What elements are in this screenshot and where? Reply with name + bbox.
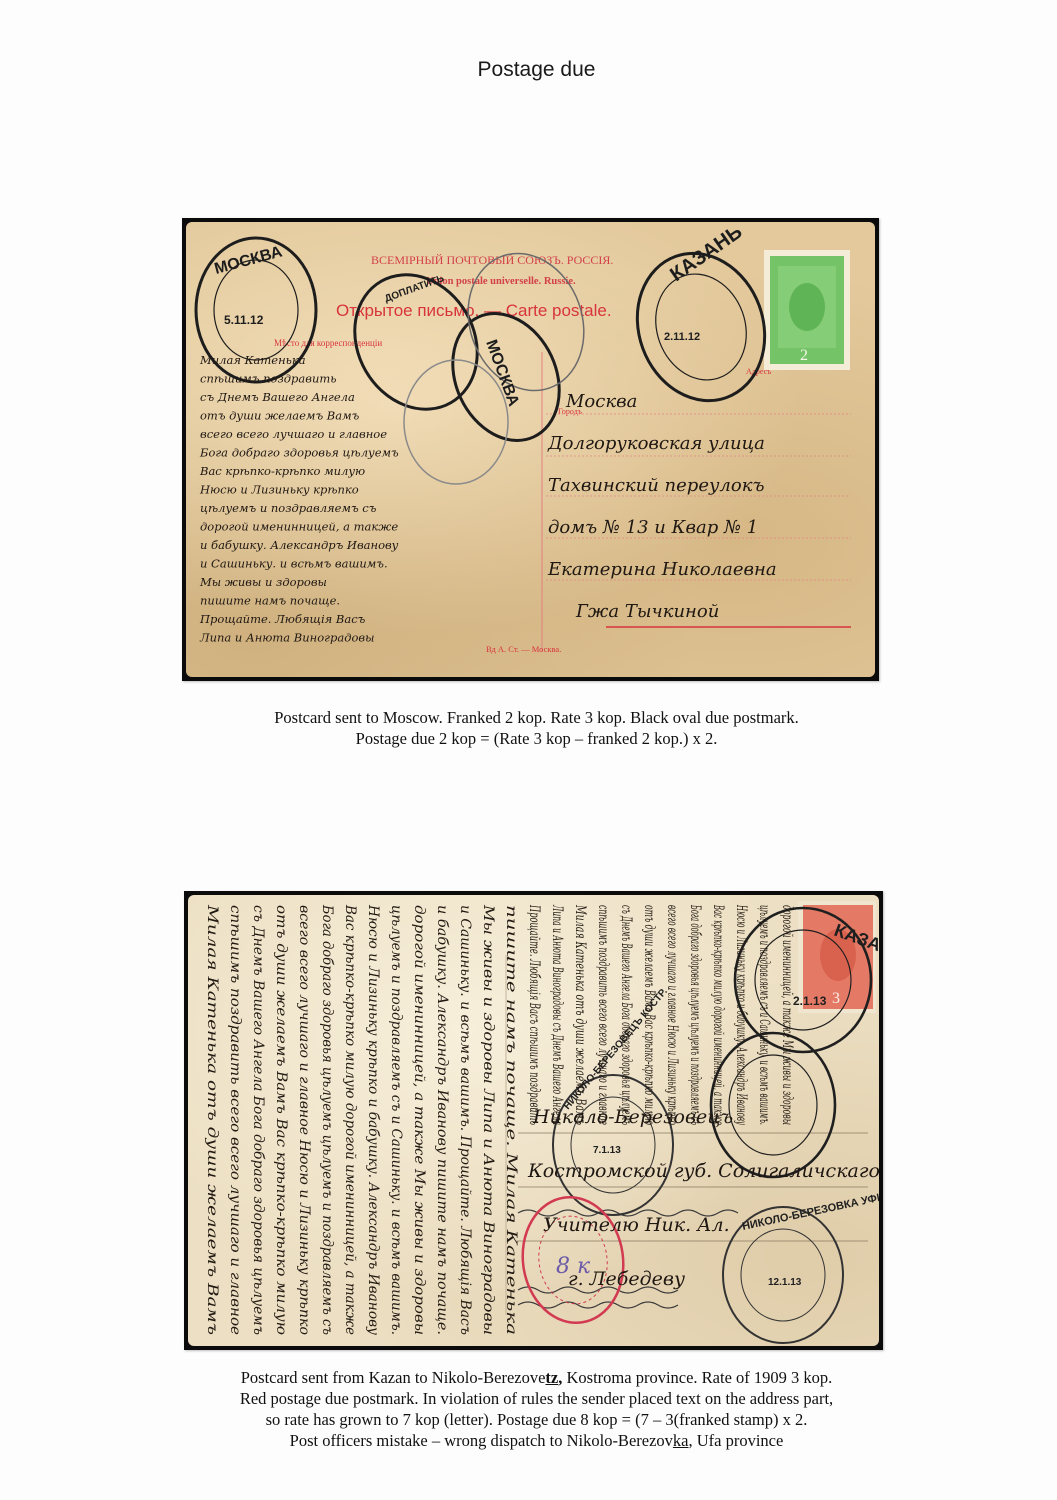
svg-text:Екатерина Николаевна: Екатерина Николаевна <box>547 559 777 580</box>
svg-text:съ Днемъ Вашего Ангела: съ Днемъ Вашего Ангела <box>200 390 355 404</box>
svg-text:Вас крѣпко-крѣпко милую: Вас крѣпко-крѣпко милую <box>199 464 365 478</box>
svg-text:Долгоруковская улица: Долгоруковская улица <box>547 433 765 454</box>
svg-text:2: 2 <box>800 347 808 364</box>
svg-text:отъ души желаемъ Вамъ Вас крѣп: отъ души желаемъ Вамъ Вас крѣпко-крѣпко … <box>641 905 657 1125</box>
caption-line: so rate has grown to 7 kop (letter). Pos… <box>0 1409 1057 1430</box>
svg-text:Милая Катенька: Милая Катенька <box>199 353 306 367</box>
svg-text:всего всего лучшаго и главное: всего всего лучшаго и главное Нюсю и Лиз… <box>296 905 312 1335</box>
svg-text:Нюсю и Лизиньку крѣпко и бабуш: Нюсю и Лизиньку крѣпко и бабушку. Алекса… <box>365 904 381 1336</box>
svg-text:5.11.12: 5.11.12 <box>224 313 264 327</box>
svg-text:Бога добраго здоровья цѣлуемъ: Бога добраго здоровья цѣлуемъ цѣлуемъ и … <box>319 904 335 1335</box>
publisher-imprint: Вд А. Ст. — Москва. <box>486 644 561 654</box>
caption-postcard-2: Postcard sent from Kazan to Nikolo-Berez… <box>0 1367 1057 1451</box>
svg-text:Учителю Ник. Ал.: Учителю Ник. Ал. <box>543 1214 730 1236</box>
svg-text:Мы живы и здоровы: Мы живы и здоровы <box>199 575 327 589</box>
postcard-title: Открытое письмо. — Carte postale. <box>336 301 612 320</box>
handwritten-message: Милая Катенькаспѣшимъ поздравитьсъ Днемъ… <box>199 353 399 645</box>
svg-text:и Сашиньку. и всѣмъ вашимъ. Пр: и Сашиньку. и всѣмъ вашимъ. Прощайте. Лю… <box>457 905 473 1335</box>
postcard-1-image: ВСЕМIРНЫЙ ПОЧТОВЫЙ СОЮЗЪ. РОССIЯ. Union … <box>186 222 875 677</box>
caption-line: Red postage due postmark. In violation o… <box>0 1388 1057 1409</box>
svg-text:Липа и Анюта Виноградовы: Липа и Анюта Виноградовы <box>199 631 374 645</box>
svg-text:пишите намъ почаще. Милая Кате: пишите намъ почаще. Милая Катенька <box>503 905 519 1335</box>
caption-line: Postcard sent from Kazan to Nikolo-Berez… <box>0 1367 1057 1388</box>
svg-text:Прощайте. Любящiя Васъ: Прощайте. Любящiя Васъ <box>199 612 366 626</box>
handwritten-address: МоскваДолгоруковская улицаТахвинский пер… <box>547 391 777 622</box>
svg-text:цѣлуемъ и поздравляемъ съ: цѣлуемъ и поздравляемъ съ <box>200 501 377 515</box>
svg-text:дорогой именинницей, а также М: дорогой именинницей, а также Мы живы и з… <box>411 905 427 1335</box>
svg-text:отъ души желаемъ Вамъ Вас крѣп: отъ души желаемъ Вамъ Вас крѣпко-крѣпко … <box>273 905 289 1335</box>
svg-text:дорогой именинницей, а также: дорогой именинницей, а также <box>200 520 398 534</box>
svg-text:Николо-Березовецъ: Николо-Березовецъ <box>532 1106 733 1128</box>
svg-text:г. Лебедеву: г. Лебедеву <box>568 1268 685 1290</box>
svg-text:всего всего лучшаго и главное: всего всего лучшаго и главное Нюсю и Лиз… <box>664 905 680 1125</box>
postcard-2-artwork: 3 8 к КАЗАНЬ 2.1.13 <box>188 895 879 1346</box>
svg-text:Мы живы и здоровы Липа и Анюта: Мы живы и здоровы Липа и Анюта Виноградо… <box>480 904 496 1335</box>
postcard-1-artwork: ВСЕМIРНЫЙ ПОЧТОВЫЙ СОЮЗЪ. РОССIЯ. Union … <box>186 222 875 677</box>
svg-text:Костромской губ. Солигаличскаг: Костромской губ. Солигаличскаго уѣзда <box>527 1160 879 1182</box>
svg-text:Бога добраго здоровья цѣлуемъ: Бога добраго здоровья цѣлуемъ <box>199 446 399 460</box>
svg-text:Нюсю и Лизиньку крѣпко: Нюсю и Лизиньку крѣпко <box>199 483 359 497</box>
svg-text:и Сашиньку. и всѣмъ вашимъ.: и Сашиньку. и всѣмъ вашимъ. <box>200 557 388 571</box>
svg-text:Милая Катенька отъ души желаем: Милая Катенька отъ души желаемъ Вамъ <box>204 904 220 1335</box>
svg-text:всего всего лучшаго и главное: всего всего лучшаго и главное <box>200 427 387 441</box>
svg-text:и бабушку. Александръ Иванову: и бабушку. Александръ Иванову <box>200 538 399 552</box>
caption-postcard-1: Postcard sent to Moscow. Franked 2 kop. … <box>0 707 1057 749</box>
postcard-header-ru: ВСЕМIРНЫЙ ПОЧТОВЫЙ СОЮЗЪ. РОССIЯ. <box>371 253 613 267</box>
postcard-2-image: 3 8 к КАЗАНЬ 2.1.13 <box>188 895 879 1346</box>
svg-text:домъ № 13 и Квар № 1: домъ № 13 и Квар № 1 <box>548 517 758 538</box>
svg-text:3: 3 <box>832 990 840 1007</box>
svg-text:спѣшимъ поздравить всего всего: спѣшимъ поздравить всего всего лучшаго и… <box>227 905 243 1335</box>
svg-text:2.1.13: 2.1.13 <box>793 994 827 1008</box>
caption-line: Post officers mistake – wrong dispatch t… <box>0 1430 1057 1451</box>
page-title: Postage due <box>0 58 1057 82</box>
svg-text:12.1.13: 12.1.13 <box>768 1277 802 1288</box>
svg-text:Вас крѣпко-крѣпко милую дорого: Вас крѣпко-крѣпко милую дорогой именинни… <box>342 904 358 1335</box>
svg-text:7.1.13: 7.1.13 <box>593 1145 621 1156</box>
svg-text:съ Днемъ Вашего Ангела Бога до: съ Днемъ Вашего Ангела Бога добраго здор… <box>250 905 266 1335</box>
svg-text:дорогой именинницей, а также М: дорогой именинницей, а также Мы живы и з… <box>779 905 795 1125</box>
svg-text:съ Днемъ Вашего Ангела Бога до: съ Днемъ Вашего Ангела Бога добраго здор… <box>618 905 634 1125</box>
svg-text:спѣшимъ поздравить: спѣшимъ поздравить <box>200 372 337 386</box>
svg-text:Нюсю и Лизиньку крѣпко и бабуш: Нюсю и Лизиньку крѣпко и бабушку. Алекса… <box>733 904 749 1125</box>
svg-text:Липа и Анюта Виноградовы съ Дн: Липа и Анюта Виноградовы съ Днемъ Вашего… <box>549 904 565 1125</box>
svg-text:пишите намъ почаще.: пишите намъ почаще. <box>200 594 340 608</box>
svg-text:Тахвинский переулокъ: Тахвинский переулокъ <box>548 475 764 496</box>
svg-text:и бабушку. Александръ Иванову: и бабушку. Александръ Иванову пишите нам… <box>434 905 450 1335</box>
svg-text:цѣлуемъ и поздравляемъ съ и Са: цѣлуемъ и поздравляемъ съ и Сашиньку. и … <box>388 905 404 1335</box>
caption-line: Postcard sent to Moscow. Franked 2 kop. … <box>0 707 1057 728</box>
svg-text:спѣшимъ поздравить всего всего: спѣшимъ поздравить всего всего лучшаго и… <box>595 905 611 1125</box>
svg-text:цѣлуемъ и поздравляемъ съ и Са: цѣлуемъ и поздравляемъ съ и Сашиньку. и … <box>756 905 772 1125</box>
svg-text:2.11.12: 2.11.12 <box>664 331 700 343</box>
stamp-2-kop: 2 <box>764 250 850 370</box>
svg-text:Милая Катенька отъ души желаем: Милая Катенька отъ души желаемъ Вамъ <box>572 904 588 1125</box>
svg-text:Гжа Тычкиной: Гжа Тычкиной <box>575 601 719 622</box>
svg-text:Москва: Москва <box>565 391 637 412</box>
svg-text:Прощайте. Любящiя Васъ спѣшимъ: Прощайте. Любящiя Васъ спѣшимъ поздравит… <box>526 904 542 1125</box>
svg-text:отъ души желаемъ Вамъ: отъ души желаемъ Вамъ <box>200 409 360 423</box>
postcard-header-fr: Union postale universelle. Russie. <box>426 276 576 287</box>
svg-text:Бога добраго здоровья цѣлуемъ: Бога добраго здоровья цѣлуемъ цѣлуемъ и … <box>687 905 703 1125</box>
postcard-2-mount: 3 8 к КАЗАНЬ 2.1.13 <box>184 891 883 1350</box>
postcard-1-mount: ВСЕМIРНЫЙ ПОЧТОВЫЙ СОЮЗЪ. РОССIЯ. Union … <box>182 218 879 681</box>
caption-line: Postage due 2 kop = (Rate 3 kop – franke… <box>0 728 1057 749</box>
svg-text:Вас крѣпко-крѣпко милую дорого: Вас крѣпко-крѣпко милую дорогой именинни… <box>710 905 726 1125</box>
